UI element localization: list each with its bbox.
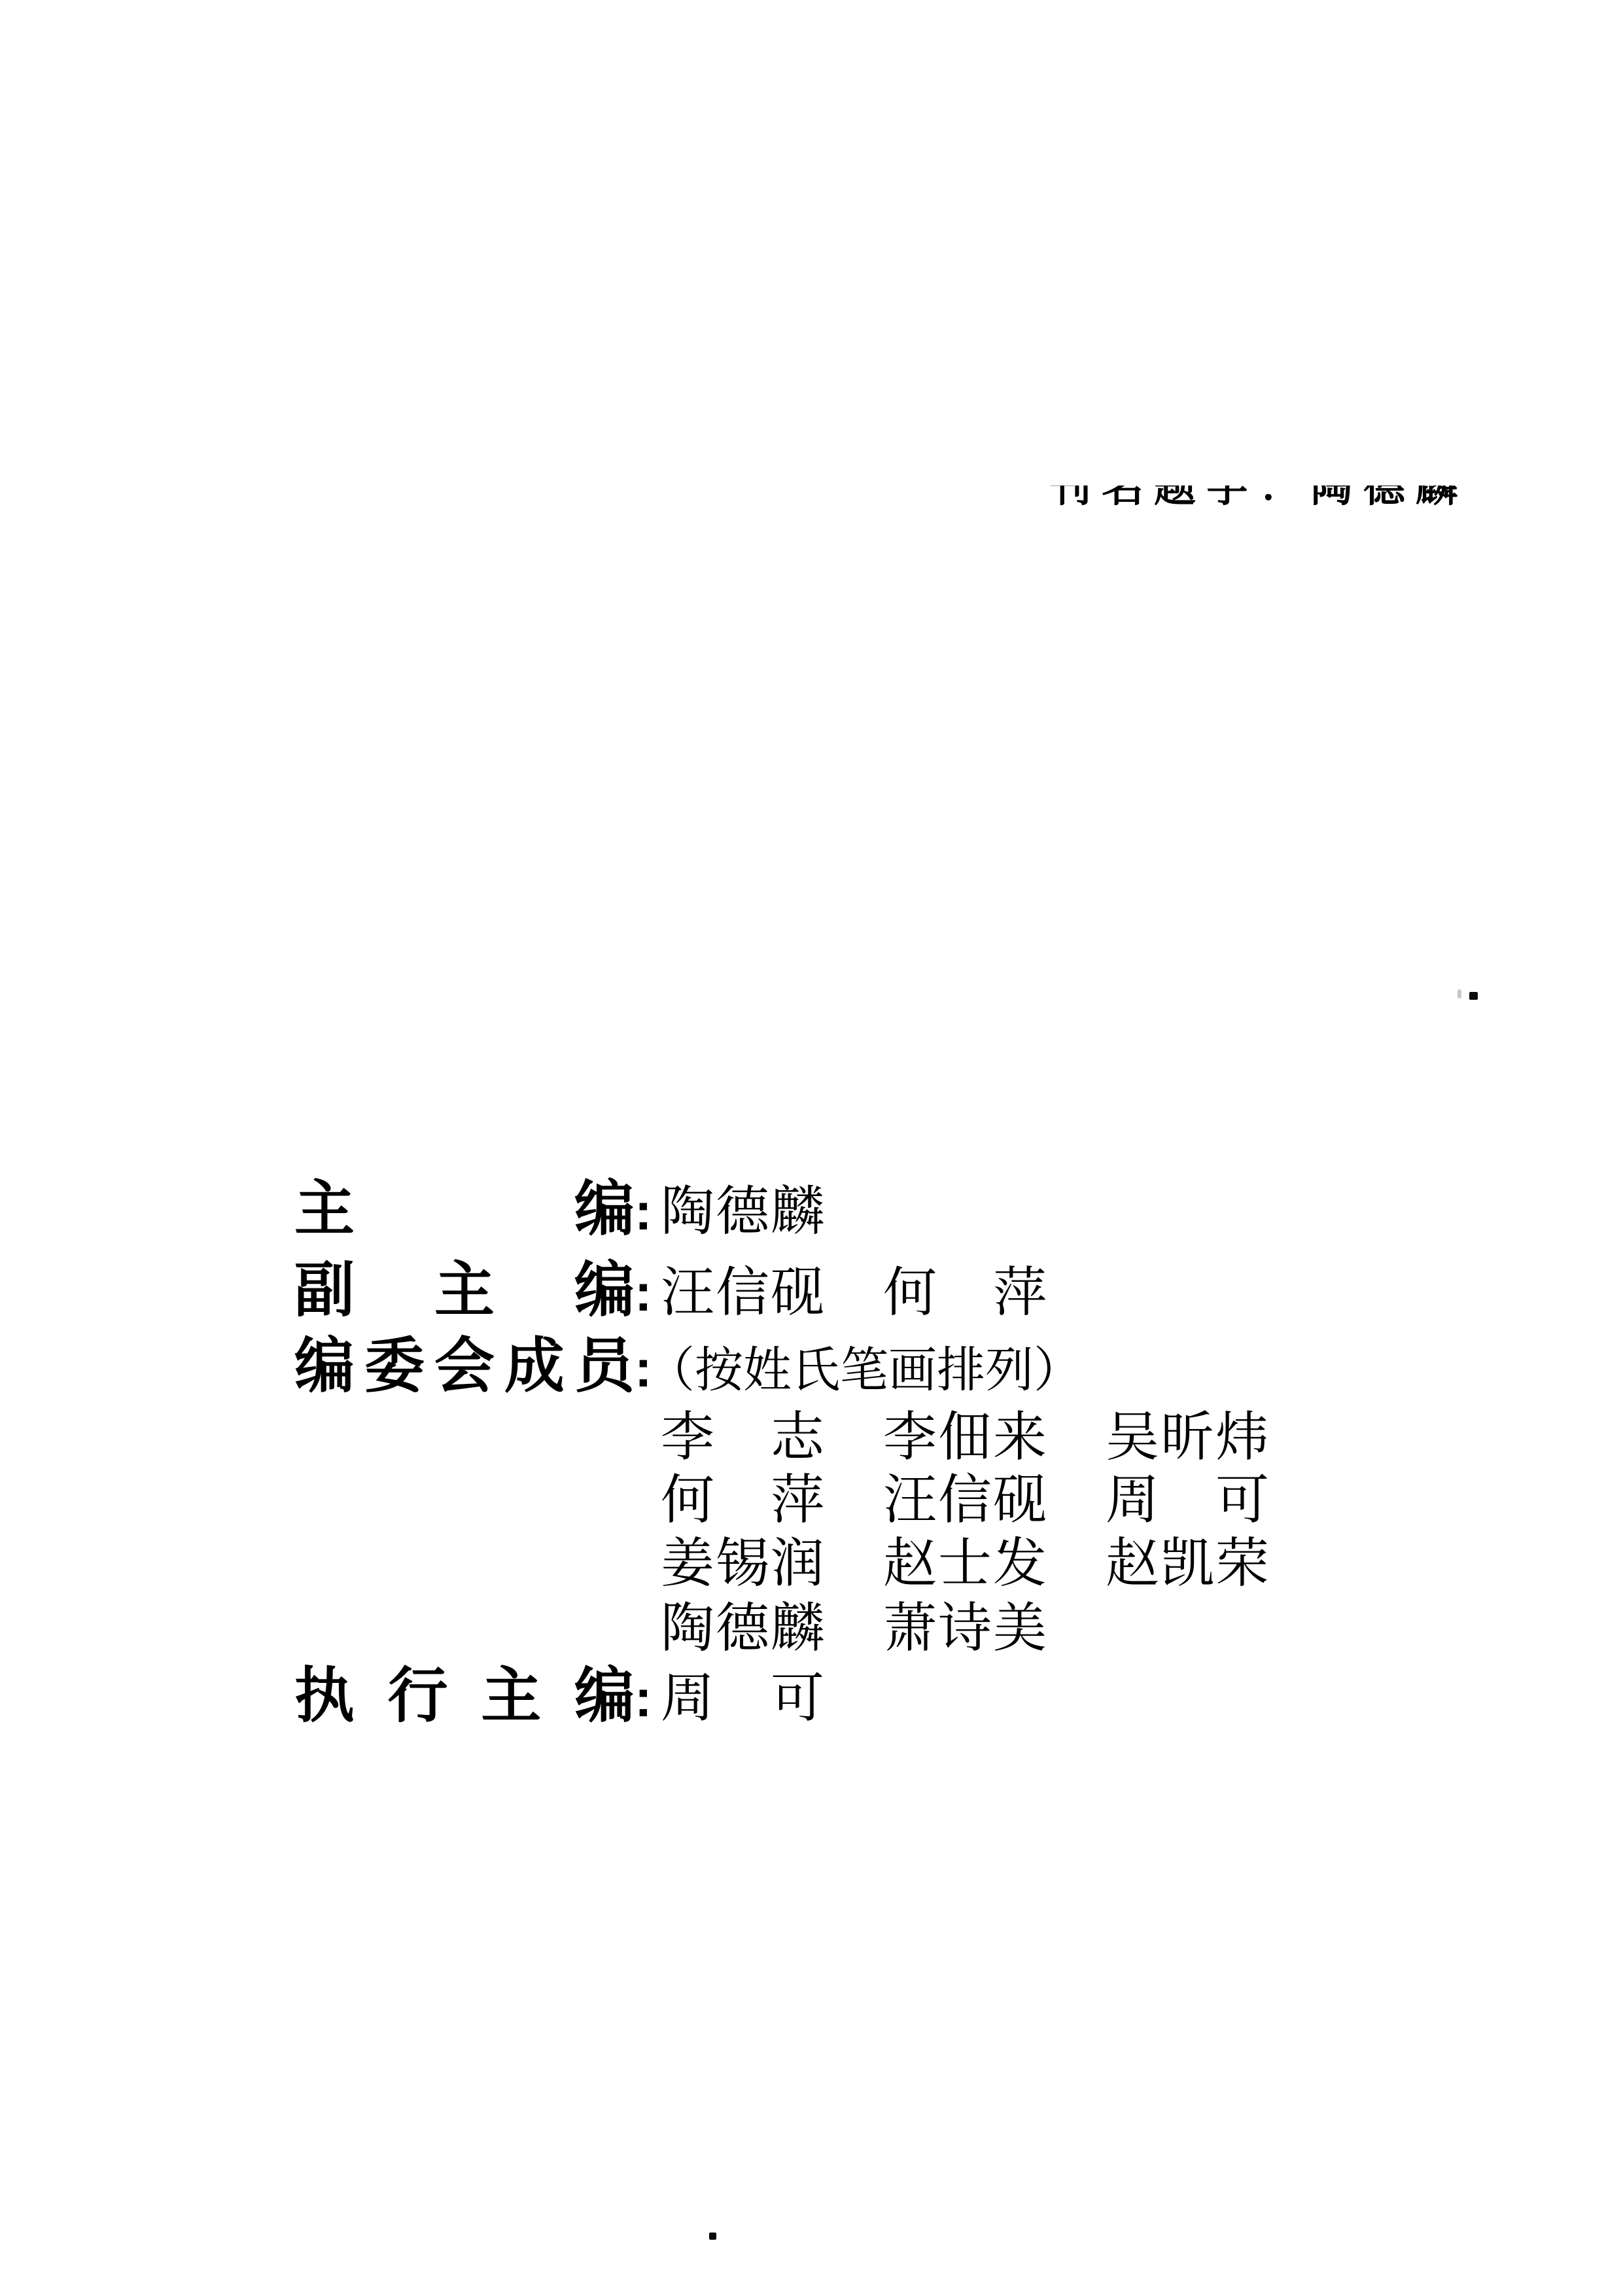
- name-cell: 何萍: [883, 1266, 1047, 1320]
- chief-editor-label: 主编: [294, 1179, 635, 1239]
- committee-members-row: 何萍 汪信砚 周可: [661, 1474, 1269, 1527]
- name-cell: 汪信砚: [661, 1266, 824, 1320]
- committee-row: 编委会成员:（按姓氏笔画排列）: [294, 1336, 1082, 1396]
- committee-members-row: 姜锡润 赵士发 赵凯荣: [661, 1537, 1269, 1591]
- name-cell: 赵士发: [883, 1537, 1047, 1591]
- scan-speck: [1469, 992, 1478, 1000]
- name-cell: 李志: [661, 1411, 824, 1464]
- name-cell: 陶德麟: [661, 1185, 824, 1239]
- committee-sort-note: （按姓氏笔画排列）: [646, 1347, 1082, 1395]
- committee-members-row: 李志 李佃来 吴昕炜: [661, 1411, 1269, 1464]
- chief-editor-colon: :: [635, 1186, 661, 1238]
- committee-label: 编委会成员: [294, 1336, 635, 1396]
- name-cell: 陶德麟: [661, 1602, 824, 1655]
- executive-editor-names: 周可: [661, 1672, 824, 1725]
- scan-speck: [709, 2233, 716, 2240]
- committee-members-row: 陶德麟 萧诗美: [661, 1602, 1047, 1655]
- calligraphy-credit-text: 刊名题字：陶德麟: [1049, 486, 1507, 508]
- name-cell: 何萍: [661, 1474, 824, 1527]
- executive-editor-row: 执行主编: 周可: [294, 1666, 824, 1726]
- name-cell: 汪信砚: [883, 1474, 1047, 1527]
- scan-speck: [1457, 989, 1461, 998]
- name-cell: 吴昕炜: [1106, 1411, 1269, 1464]
- deputy-editor-row: 副主编: 汪信砚 何萍: [294, 1260, 1047, 1320]
- name-cell: 周可: [1106, 1474, 1269, 1527]
- name-cell: 萧诗美: [883, 1602, 1047, 1655]
- deputy-editor-names: 汪信砚 何萍: [661, 1266, 1047, 1320]
- executive-editor-label: 执行主编: [294, 1666, 635, 1726]
- name-cell: 赵凯荣: [1106, 1537, 1269, 1591]
- chief-editor-names: 陶德麟: [661, 1185, 824, 1239]
- scanned-book-editorial-page: 刊名题字：陶德麟 主编: 陶德麟 副主编: 汪信砚 何萍 编委会成员:（按姓氏笔…: [0, 0, 1623, 2296]
- deputy-editor-colon: :: [635, 1267, 661, 1319]
- deputy-editor-label: 副主编: [294, 1260, 635, 1320]
- executive-editor-colon: :: [635, 1672, 661, 1725]
- name-cell: 姜锡润: [661, 1537, 824, 1591]
- chief-editor-row: 主编: 陶德麟: [294, 1179, 824, 1239]
- name-cell: 周可: [661, 1672, 824, 1725]
- name-cell: 李佃来: [883, 1411, 1047, 1464]
- clipped-calligraphy-credit: 刊名题字：陶德麟: [1049, 486, 1507, 512]
